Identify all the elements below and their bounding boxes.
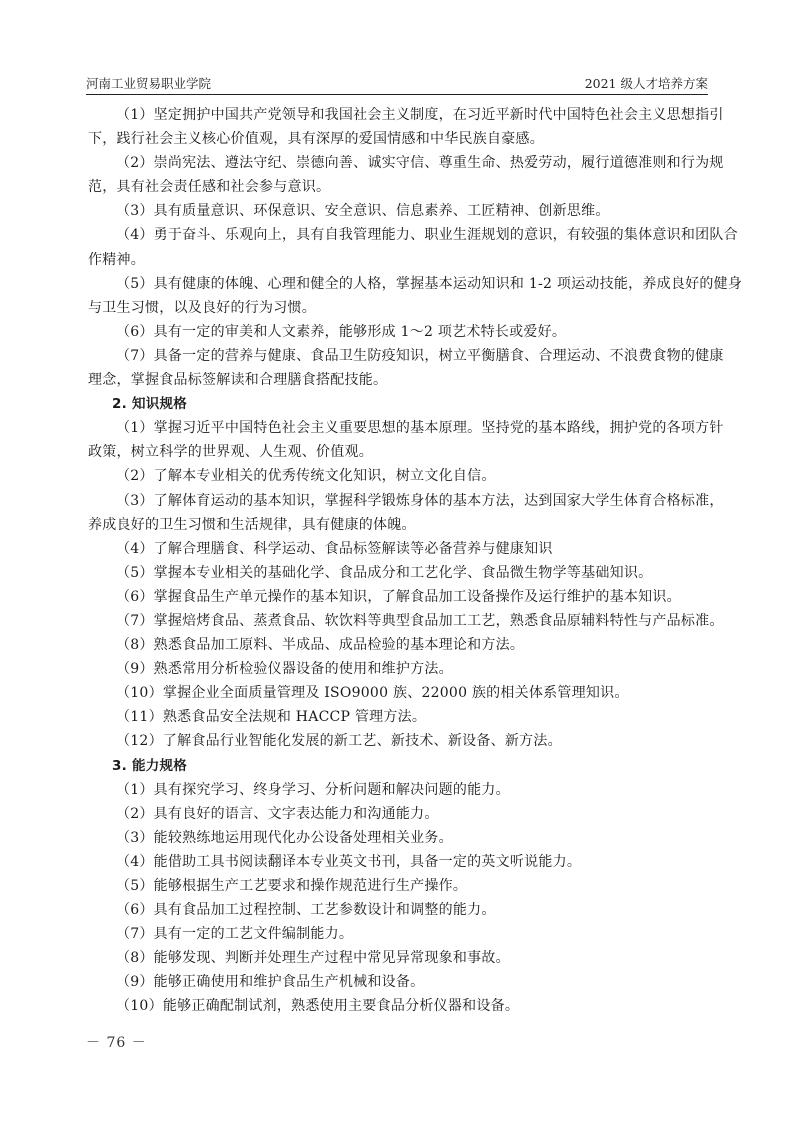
paragraph-line: 范，具有社会责任感和社会参与意识。 [88,175,708,199]
paragraph-line: （10）掌握企业全面质量管理及 ISO9000 族、22000 族的相关体系管理… [88,681,708,705]
paragraph-line: （4）能借助工具书阅读翻译本专业英文书刊，具备一定的英文听说能力。 [88,850,708,874]
paragraph-line: 作精神。 [88,248,708,272]
section-heading: 2. 知识规格 [88,392,708,416]
paragraph-line: （4）了解合理膳食、科学运动、食品标签解读等必备营养与健康知识 [88,537,708,561]
paragraph-line: 养成良好的卫生习惯和生活规律，具有健康的体魄。 [88,513,708,537]
section-heading: 3. 能力规格 [88,754,708,778]
paragraph-line: （5）掌握本专业相关的基础化学、食品成分和工艺化学、食品微生物学等基础知识。 [88,561,708,585]
paragraph-line: 理念，掌握食品标签解读和合理膳食搭配技能。 [88,368,708,392]
paragraph-line: （3）具有质量意识、环保意识、安全意识、信息素养、工匠精神、创新思维。 [88,199,708,223]
paragraph-line: （10）能够正确配制试剂，熟悉使用主要食品分析仪器和设备。 [88,994,708,1018]
header-document-title: 2021 级人才培养方案 [585,74,708,92]
page-header: 河南工业贸易职业学院 2021 级人才培养方案 [86,74,708,94]
paragraph-line: （5）具有健康的体魄、心理和健全的人格，掌握基本运动知识和 1-2 项运动技能，… [88,272,708,296]
paragraph-line: 政策，树立科学的世界观、人生观、价值观。 [88,440,708,464]
paragraph-line: （1）具有探究学习、终身学习、分析问题和解决问题的能力。 [88,778,708,802]
paragraph-line: 下，践行社会主义核心价值观，具有深厚的爱国情感和中华民族自豪感。 [88,127,708,151]
paragraph-line: （6）具有食品加工过程控制、工艺参数设计和调整的能力。 [88,898,708,922]
paragraph-line: （8）熟悉食品加工原料、半成品、成品检验的基本理论和方法。 [88,633,708,657]
paragraph-line: （12）了解食品行业智能化发展的新工艺、新技术、新设备、新方法。 [88,729,708,753]
paragraph-line: （5）能够根据生产工艺要求和操作规范进行生产操作。 [88,874,708,898]
paragraph-line: （6）掌握食品生产单元操作的基本知识，了解食品加工设备操作及运行维护的基本知识。 [88,585,708,609]
paragraph-line: （8）能够发现、判断并处理生产过程中常见异常现象和事故。 [88,946,708,970]
paragraph-line: 与卫生习惯，以及良好的行为习惯。 [88,296,708,320]
paragraph-line: （7）具备一定的营养与健康、食品卫生防疫知识，树立平衡膳食、合理运动、不浪费食物… [88,344,708,368]
paragraph-line: （2）具有良好的语言、文字表达能力和沟通能力。 [88,802,708,826]
paragraph-line: （3）了解体育运动的基本知识，掌握科学锻炼身体的基本方法，达到国家大学生体育合格… [88,489,708,513]
paragraph-line: （2）崇尚宪法、遵法守纪、崇德向善、诚实守信、尊重生命、热爱劳动，履行道德准则和… [88,151,708,175]
paragraph-line: （1）掌握习近平中国特色社会主义重要思想的基本原理。坚持党的基本路线，拥护党的各… [88,416,708,440]
paragraph-line: （9）熟悉常用分析检验仪器设备的使用和维护方法。 [88,657,708,681]
paragraph-line: （3）能较熟练地运用现代化办公设备处理相关业务。 [88,826,708,850]
paragraph-line: （7）具有一定的工艺文件编制能力。 [88,922,708,946]
header-institution: 河南工业贸易职业学院 [86,74,211,92]
header-divider [86,94,708,95]
paragraph-line: （1）坚定拥护中国共产党领导和我国社会主义制度，在习近平新时代中国特色社会主义思… [88,103,708,127]
paragraph-line: （7）掌握焙烤食品、蒸煮食品、软饮料等典型食品加工工艺，熟悉食品原辅料特性与产品… [88,609,708,633]
document-body: （1）坚定拥护中国共产党领导和我国社会主义制度，在习近平新时代中国特色社会主义思… [88,103,708,1019]
paragraph-line: （9）能够正确使用和维护食品生产机械和设备。 [88,970,708,994]
paragraph-line: （2）了解本专业相关的优秀传统文化知识，树立文化自信。 [88,464,708,488]
paragraph-line: （6）具有一定的审美和人文素养，能够形成 1～2 项艺术特长或爱好。 [88,320,708,344]
page-number: － 76 － [86,1032,147,1052]
paragraph-line: （4）勇于奋斗、乐观向上，具有自我管理能力、职业生涯规划的意识，有较强的集体意识… [88,223,708,247]
paragraph-line: （11）熟悉食品安全法规和 HACCP 管理方法。 [88,705,708,729]
